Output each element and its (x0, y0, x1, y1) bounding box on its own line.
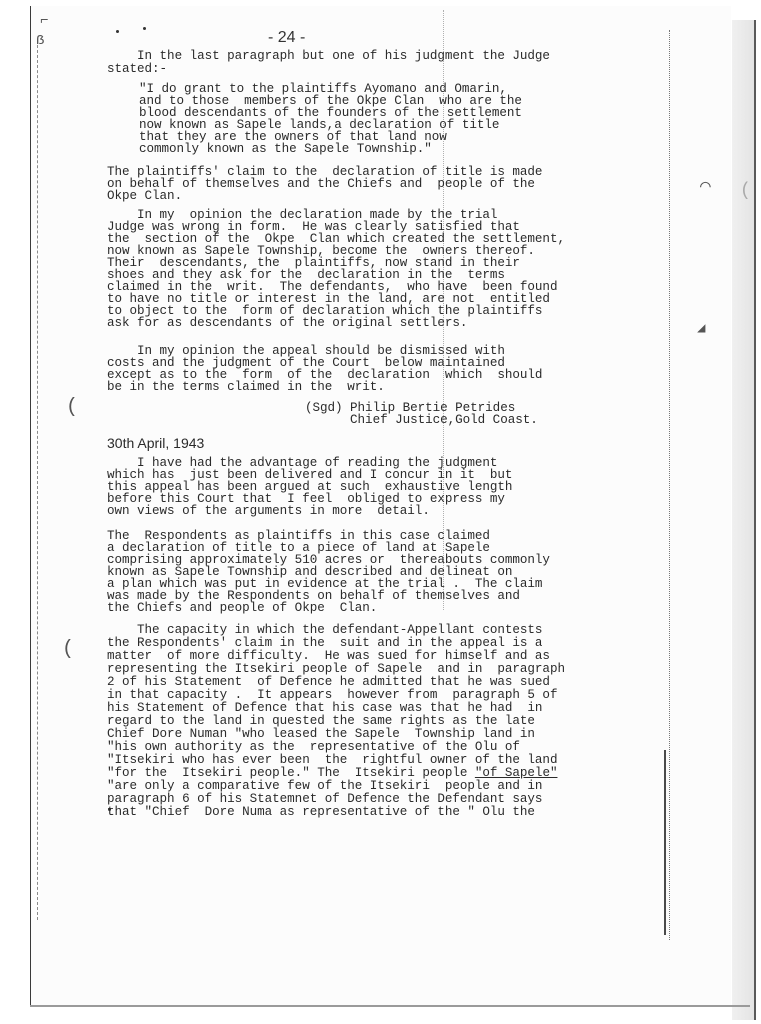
corner-scribble-mark: ⌐ (40, 14, 48, 28)
speck (116, 30, 119, 33)
arc-mark-right: ( (740, 182, 751, 200)
signature-title: Chief Justice,Gold Coast. (305, 414, 538, 427)
speck (143, 27, 146, 30)
text-line: Okpe Clan. (107, 190, 182, 203)
quote-line: commonly known as the Sapele Township." (139, 143, 432, 156)
punch-hole-mark-lower: ( (62, 640, 74, 660)
margin-mark: ẞ (36, 34, 44, 48)
underlined-text: "of Sapele" (475, 766, 558, 780)
arc-mark: ⌒ (700, 178, 711, 196)
text-line: In the last paragraph but one of his jud… (107, 50, 550, 63)
page-edge-shadow (732, 20, 756, 1020)
punch-hole-mark: ( (66, 398, 78, 418)
text-line: stated:- (107, 63, 167, 76)
arrow-mark: ◢ (697, 322, 705, 336)
page-bottom-edge (30, 1005, 750, 1007)
left-fold-line (37, 40, 38, 920)
text-fragment: "for the Itsekiri people." The Itsekiri … (107, 766, 475, 780)
text-line: ask for as descendants of the original s… (107, 317, 467, 330)
text-line: the Chiefs and people of Okpe Clan. (107, 602, 377, 615)
right-fold-line (669, 30, 670, 940)
right-fold-line-lower (664, 750, 666, 935)
text-line: own views of the arguments in more detai… (107, 505, 430, 518)
judgment-date: 30th April, 1943 (107, 435, 204, 451)
text-line: be in the terms claimed in the writ. (107, 381, 385, 394)
text-line: that "Chief Dore Numa as representative … (107, 806, 535, 819)
page-number: - 24 - (268, 29, 305, 47)
